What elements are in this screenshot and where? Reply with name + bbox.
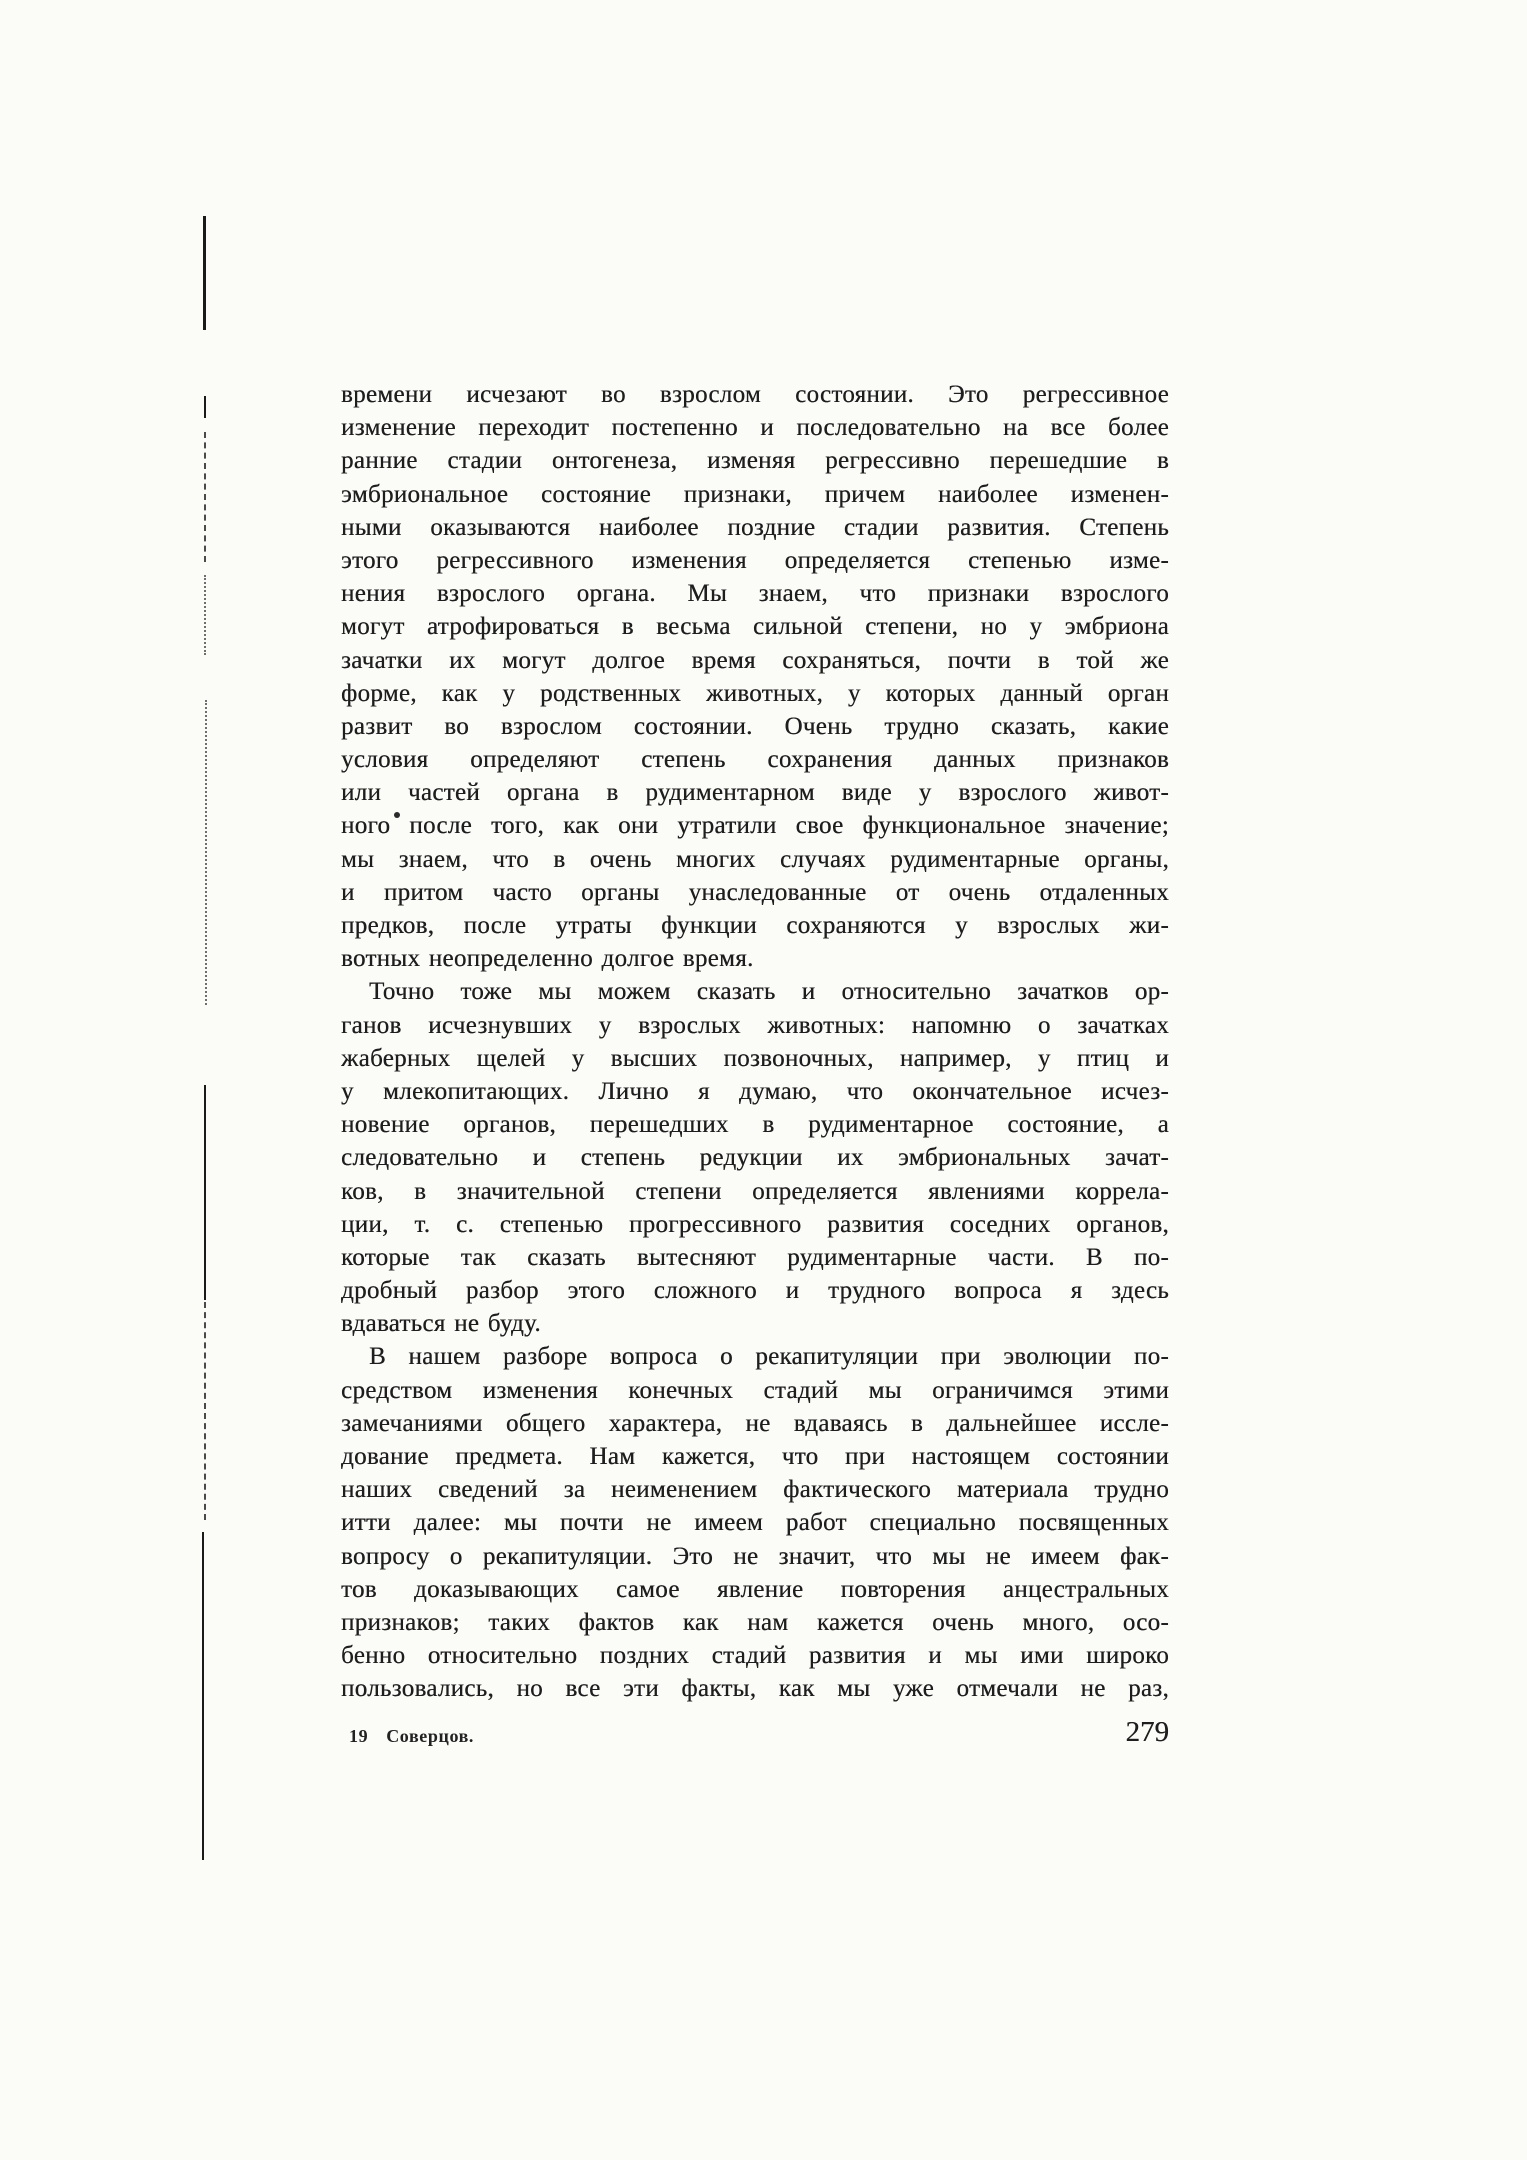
text-line: В нашем разборе вопроса о рекапитуляции … bbox=[341, 1340, 1169, 1373]
text-line: могут атрофироваться в весьма сильной ст… bbox=[341, 610, 1169, 643]
text-line: ганов исчезнувших у взрослых животных: н… bbox=[341, 1009, 1169, 1042]
text-line: вотных неопределенно долгое время. bbox=[341, 942, 1169, 975]
text-line: итти далее: мы почти не имеем работ спец… bbox=[341, 1506, 1169, 1539]
text-line: форме, как у родственных животных, у кот… bbox=[341, 677, 1169, 710]
text-line: Точно тоже мы можем сказать и относитель… bbox=[341, 975, 1169, 1008]
body-text: времени исчезают во взрослом состоянии. … bbox=[341, 378, 1169, 1706]
scan-artifact-rule-dot1 bbox=[204, 575, 206, 655]
text-line: признаков; таких фактов как нам кажется … bbox=[341, 1606, 1169, 1639]
text-line: времени исчезают во взрослом состоянии. … bbox=[341, 378, 1169, 411]
text-line: наших сведений за неименением фактическо… bbox=[341, 1473, 1169, 1506]
text-line: бенно относительно поздних стадий развит… bbox=[341, 1639, 1169, 1672]
scan-artifact-rule-tick bbox=[204, 396, 206, 418]
book-page: времени исчезают во взрослом состоянии. … bbox=[0, 0, 1527, 2160]
text-line: мы знаем, что в очень многих случаях руд… bbox=[341, 843, 1169, 876]
text-line: дование предмета. Нам кажется, что при н… bbox=[341, 1440, 1169, 1473]
text-line: жаберных щелей у высших позвоночных, нап… bbox=[341, 1042, 1169, 1075]
text-line: развит во взрослом состоянии. Очень труд… bbox=[341, 710, 1169, 743]
text-line: которые так сказать вытесняют рудиментар… bbox=[341, 1241, 1169, 1274]
text-line: эмбриональное состояние признаки, причем… bbox=[341, 478, 1169, 511]
text-line: зачатки их могут долгое время сохранятьс… bbox=[341, 644, 1169, 677]
text-line: или частей органа в рудиментарном виде у… bbox=[341, 776, 1169, 809]
scan-artifact-rule-mid bbox=[204, 1085, 206, 1300]
scan-artifact-rule-dash2 bbox=[204, 1302, 206, 1520]
text-line: ного после того, как они утратили свое ф… bbox=[341, 809, 1169, 842]
text-line: нения взрослого органа. Мы знаем, что пр… bbox=[341, 577, 1169, 610]
scan-artifact-rule-top bbox=[203, 216, 206, 330]
scan-artifact-rule-dash1 bbox=[204, 432, 206, 562]
text-line: вдаваться не буду. bbox=[341, 1307, 1169, 1340]
text-line: следовательно и степень редукции их эмбр… bbox=[341, 1141, 1169, 1174]
text-line: предков, после утраты функции сохраняютс… bbox=[341, 909, 1169, 942]
text-line: и притом часто органы унаследованные от … bbox=[341, 876, 1169, 909]
text-line: условия определяют степень сохранения да… bbox=[341, 743, 1169, 776]
text-line: тов доказывающих самое явление повторени… bbox=[341, 1573, 1169, 1606]
text-line: новение органов, перешедших в рудиментар… bbox=[341, 1108, 1169, 1141]
text-line: ными оказываются наиболее поздние стадии… bbox=[341, 511, 1169, 544]
scan-artifact-rule-bottom bbox=[202, 1532, 204, 1860]
scan-artifact-rule-dot2 bbox=[205, 700, 207, 1005]
page-number: 279 bbox=[341, 1716, 1169, 1749]
text-line: средством изменения конечных стадий мы о… bbox=[341, 1374, 1169, 1407]
text-line: замечаниями общего характера, не вдаваяс… bbox=[341, 1407, 1169, 1440]
text-line: дробный разбор этого сложного и трудного… bbox=[341, 1274, 1169, 1307]
text-line: ков, в значительной степени определяется… bbox=[341, 1175, 1169, 1208]
text-line: пользовались, но все эти факты, как мы у… bbox=[341, 1672, 1169, 1705]
text-line: у млекопитающих. Лично я думаю, что окон… bbox=[341, 1075, 1169, 1108]
text-line: ранние стадии онтогенеза, изменяя регрес… bbox=[341, 444, 1169, 477]
text-line: ции, т. с. степенью прогрессивного разви… bbox=[341, 1208, 1169, 1241]
text-line: вопросу о рекапитуляции. Это не значит, … bbox=[341, 1540, 1169, 1573]
text-line: этого регрессивного изменения определяет… bbox=[341, 544, 1169, 577]
text-line: изменение переходит постепенно и последо… bbox=[341, 411, 1169, 444]
